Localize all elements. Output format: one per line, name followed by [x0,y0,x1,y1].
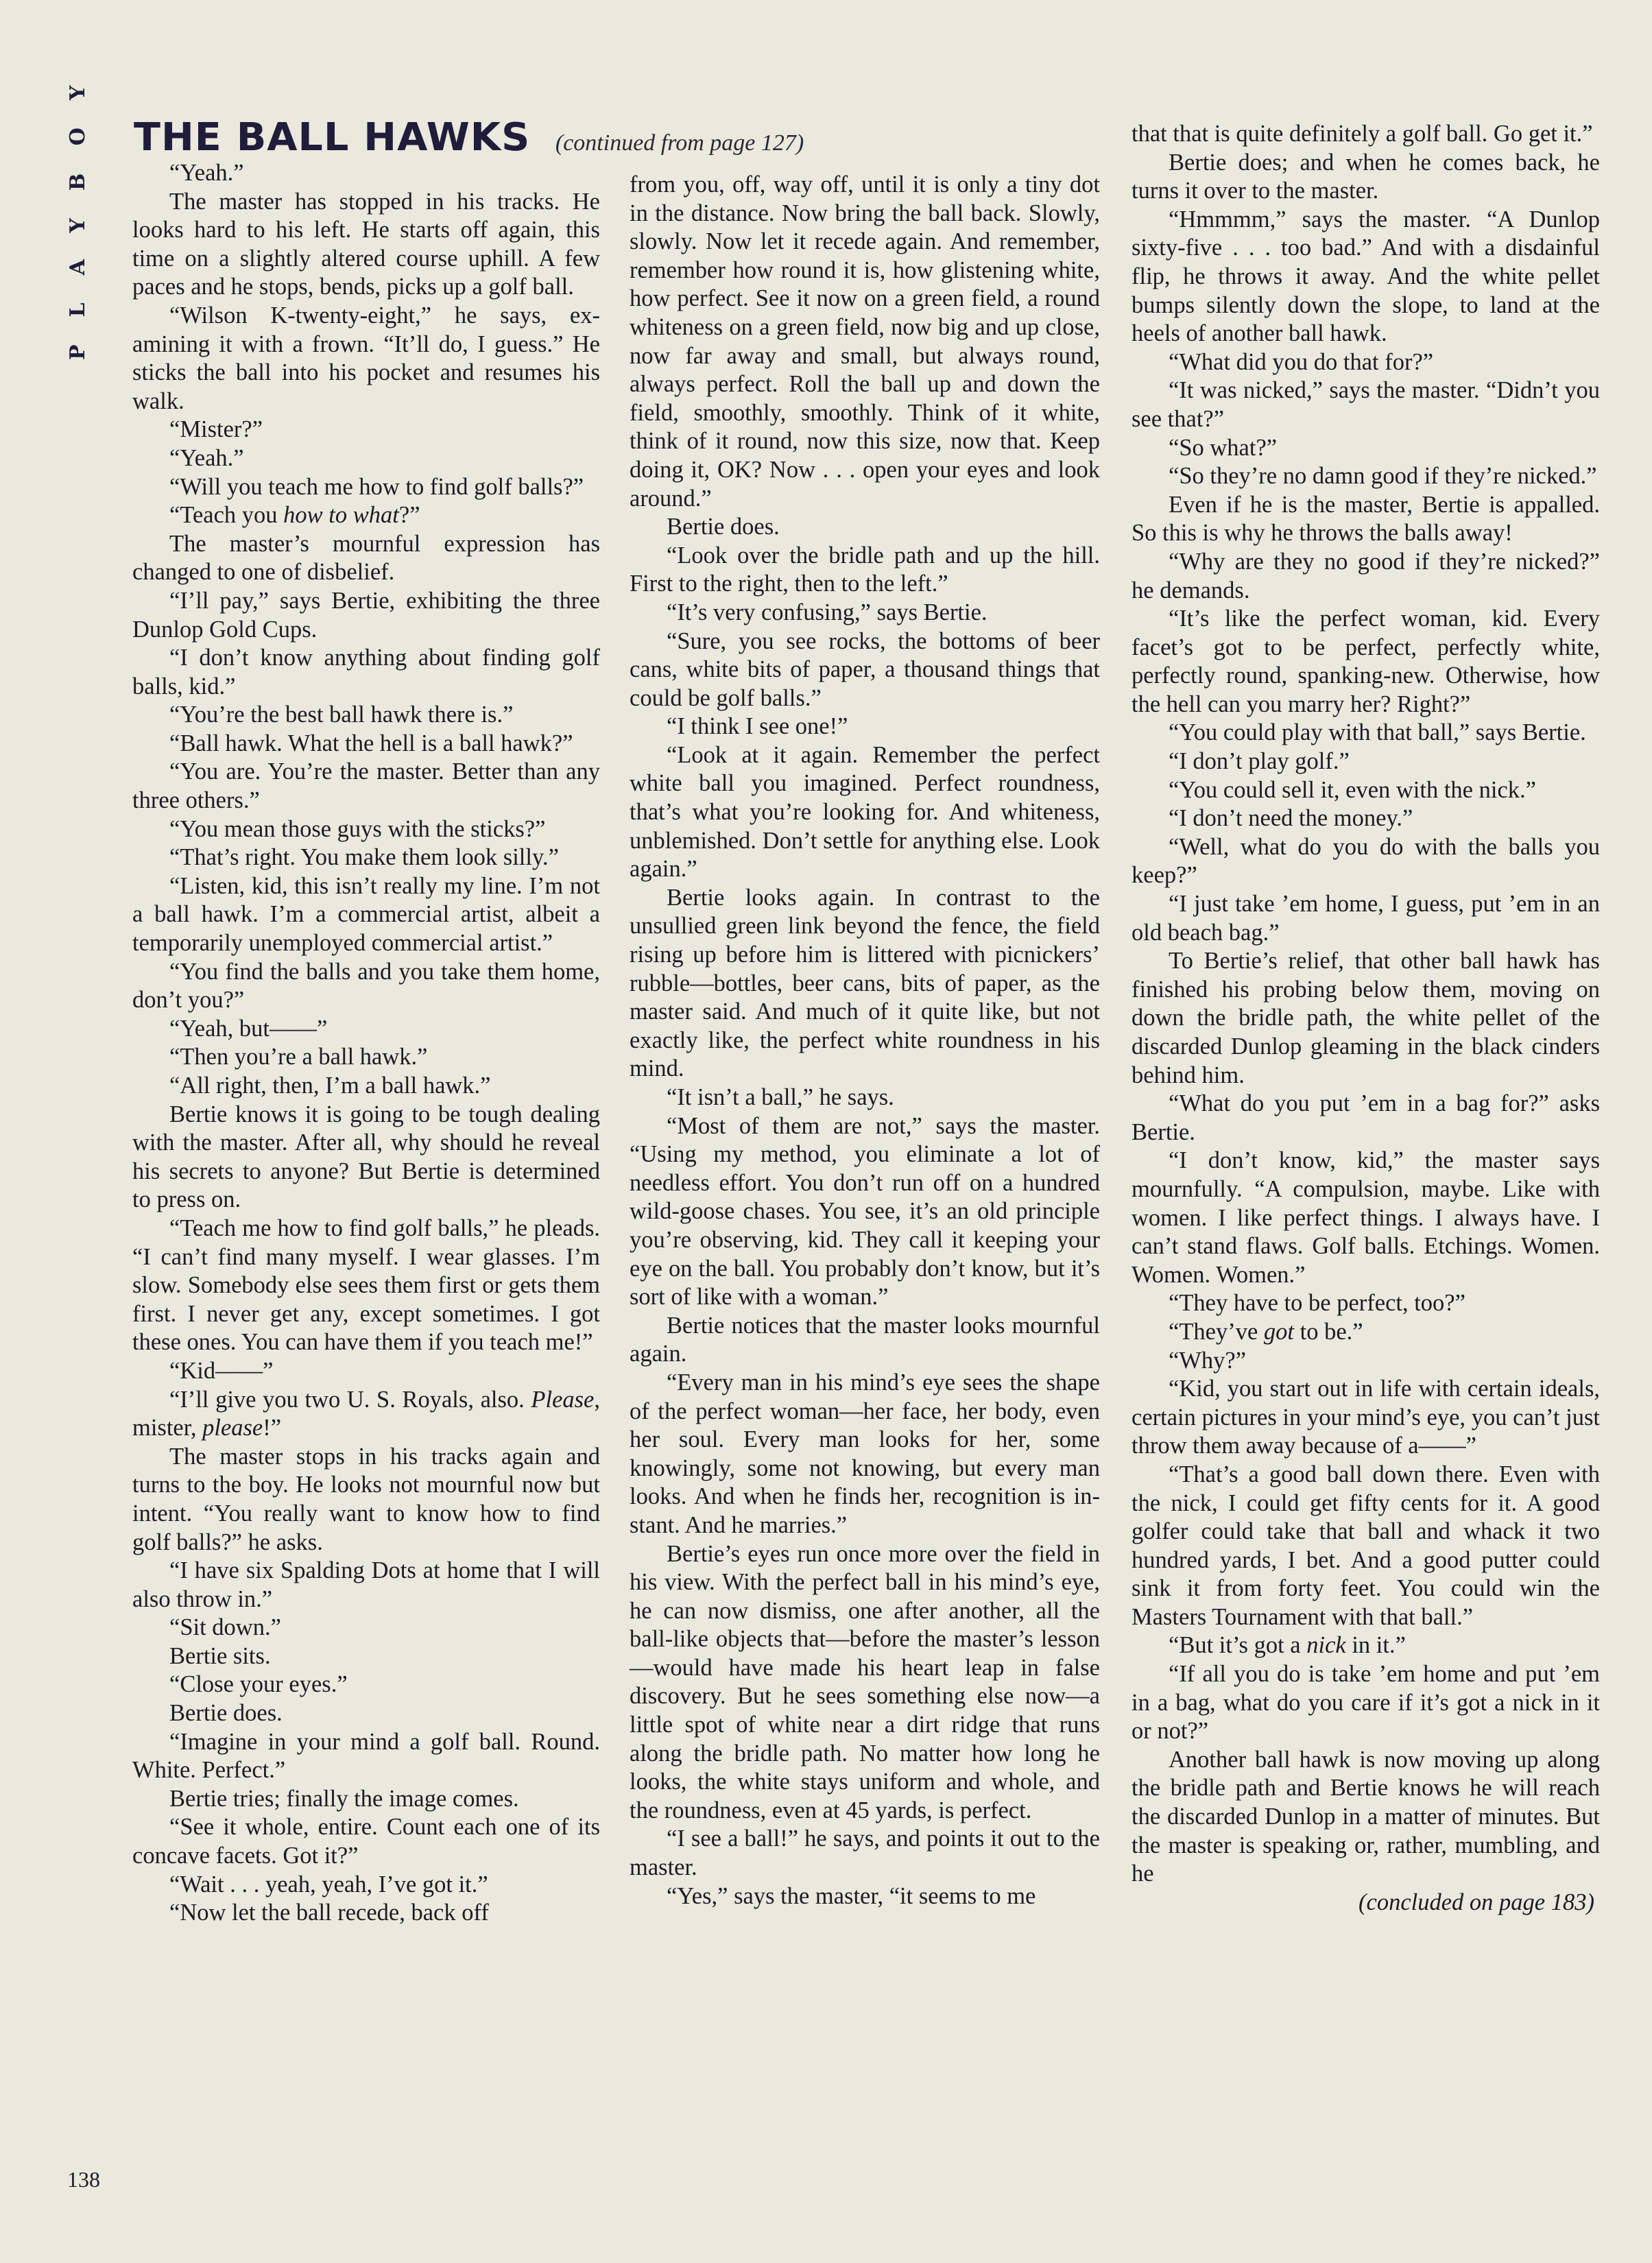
paragraph: “I just take ’em home, I guess, put ’em … [1132,890,1600,947]
paragraph: “Sit down.” [132,1614,600,1642]
paragraph: “Hmmmm,” says the master. “A Dun­lop six… [1132,206,1600,348]
paragraph: “Why?” [1132,1347,1600,1376]
paragraph: “Yeah.” [132,444,600,473]
emphasis-text: Please [531,1387,594,1413]
paragraph: “Wait . . . yeah, yeah, I’ve got it.” [132,1871,600,1900]
paragraph: “Yes,” says the master, “it seems to me [630,1882,1100,1911]
page-number: 138 [67,2167,100,2192]
paragraph: “Look over the bridle path and up the hi… [630,542,1100,599]
paragraph: “I’ll pay,” says Bertie, exhibiting the … [132,587,600,644]
paragraph: “Listen, kid, this isn’t really my line.… [132,872,600,958]
paragraph: “You are. You’re the master. Better than… [132,758,600,815]
paragraph: Bertie does. [630,513,1100,542]
paragraph: “I’ll give you two U. S. Royals, also. P… [132,1386,600,1443]
paragraph: The master stops in his tracks again and… [132,1443,600,1557]
paragraph: “That’s right. You make them look silly.… [132,843,600,872]
paragraph: “It’s very confusing,” says Bertie. [630,599,1100,627]
paragraph: “Teach you how to what?” [132,501,600,530]
paragraph: “What did you do that for?” [1132,348,1600,377]
paragraph: “It was nicked,” says the master. “Didn’… [1132,376,1600,433]
paragraph: “But it’s got a nick in it.” [1132,1631,1600,1660]
paragraph: “They’ve got to be.” [1132,1318,1600,1347]
paragraph: Bertie tries; finally the image comes. [132,1785,600,1814]
paragraph: “They have to be perfect, too?” [1132,1289,1600,1318]
emphasis-text: please [202,1415,263,1441]
paragraph: “I don’t play golf.” [1132,747,1600,776]
paragraph: The master’s mournful expression has cha… [132,530,600,587]
paragraph: “I see a ball!” he says, and points it o… [630,1825,1100,1882]
paragraph: “Close your eyes.” [132,1671,600,1699]
paragraph: Bertie does; and when he comes back, he … [1132,149,1600,206]
emphasis-text: how to what [283,502,399,528]
paragraph: “So what?” [1132,434,1600,463]
continued-from-note: (continued from page 127) [555,130,804,156]
paragraph: “You could sell it, even with the nick.” [1132,776,1600,805]
paragraph: “Then you’re a ball hawk.” [132,1043,600,1072]
text-column-2: from you, off, way off, until it is only… [630,171,1100,1911]
paragraph: “I think I see one!” [630,713,1100,741]
paragraph: “Imagine in your mind a golf ball. Round… [132,1728,600,1785]
text-column-3: that that is quite definitely a golf bal… [1132,120,1600,1917]
paragraph: “I don’t know anything about finding gol… [132,644,600,701]
paragraph: “Most of them are not,” says the mas­ter… [630,1112,1100,1312]
paragraph: “Will you teach me how to find golf ball… [132,473,600,502]
paragraph: To Bertie’s relief, that other ball hawk… [1132,947,1600,1090]
paragraph: “It isn’t a ball,” he says. [630,1083,1100,1112]
paragraph: Another ball hawk is now moving up along… [1132,1746,1600,1889]
paragraph: “What do you put ’em in a bag for?” asks… [1132,1090,1600,1147]
paragraph: from you, off, way off, until it is only… [630,171,1100,513]
emphasis-text: nick [1306,1632,1345,1658]
paragraph: “See it whole, entire. Count each one of… [132,1813,600,1870]
paragraph: “It’s like the perfect woman, kid. Every… [1132,605,1600,719]
paragraph: “Now let the ball recede, back off [132,1899,600,1928]
article-header: THE BALL HAWKS (continued from page 127) [134,115,804,160]
paragraph: “You mean those guys with the sticks?” [132,815,600,844]
paragraph: Bertie notices that the master looks mou… [630,1312,1100,1369]
paragraph: Bertie knows it is going to be tough dea… [132,1101,600,1214]
paragraph: “That’s a good ball down there. Even wit… [1132,1461,1600,1632]
paragraph: “You find the balls and you take them ho… [132,958,600,1015]
paragraph: “So they’re no damn good if they’re nick… [1132,462,1600,491]
paragraph: “Sure, you see rocks, the bottoms of bee… [630,627,1100,713]
paragraph: “You’re the best ball hawk there is.” [132,701,600,730]
paragraph: “Yeah, but——” [132,1015,600,1044]
paragraph: Bertie does. [132,1699,600,1728]
paragraph: The master has stopped in his tracks. He… [132,188,600,302]
magazine-name-vertical: PLAYBOY [66,99,91,360]
paragraph: “You could play with that ball,” says Be… [1132,719,1600,747]
article-title: THE BALL HAWKS [134,115,530,160]
paragraph: “Kid——” [132,1357,600,1386]
paragraph: “Look at it again. Remember the per­fect… [630,741,1100,884]
paragraph: “Why are they no good if they’re nicked?… [1132,548,1600,605]
paragraph: Bertie’s eyes run once more over the fie… [630,1540,1100,1825]
paragraph: Bertie sits. [132,1642,600,1671]
paragraph: that that is quite definitely a golf bal… [1132,120,1600,149]
paragraph: “I have six Spalding Dots at home that I… [132,1557,600,1614]
concluded-on-note: (concluded on page 183) [1132,1889,1600,1917]
paragraph: “Every man in his mind’s eye sees the sh… [630,1369,1100,1540]
paragraph: “Yeah.” [132,159,600,188]
paragraph: “Mister?” [132,416,600,444]
paragraph: Bertie looks again. In contrast to the u… [630,884,1100,1083]
paragraph: “Ball hawk. What the hell is a ball hawk… [132,730,600,758]
paragraph: “Teach me how to find golf balls,” he pl… [132,1214,600,1357]
paragraph: “I don’t know, kid,” the master says mou… [1132,1147,1600,1289]
paragraph: “Well, what do you do with the balls you… [1132,833,1600,890]
paragraph: “Wilson K-twenty-eight,” he says, ex­ami… [132,302,600,416]
paragraph: Even if he is the master, Bertie is appa… [1132,491,1600,548]
paragraph: “All right, then, I’m a ball hawk.” [132,1072,600,1101]
paragraph: “If all you do is take ’em home and put … [1132,1660,1600,1746]
paragraph: “I don’t need the money.” [1132,804,1600,833]
paragraph: “Kid, you start out in life with certain… [1132,1375,1600,1461]
magazine-page: PLAYBOY THE BALL HAWKS (continued from p… [0,0,1652,2263]
emphasis-text: got [1264,1319,1294,1345]
text-column-1: “Yeah.”The master has stopped in his tra… [132,159,600,1928]
